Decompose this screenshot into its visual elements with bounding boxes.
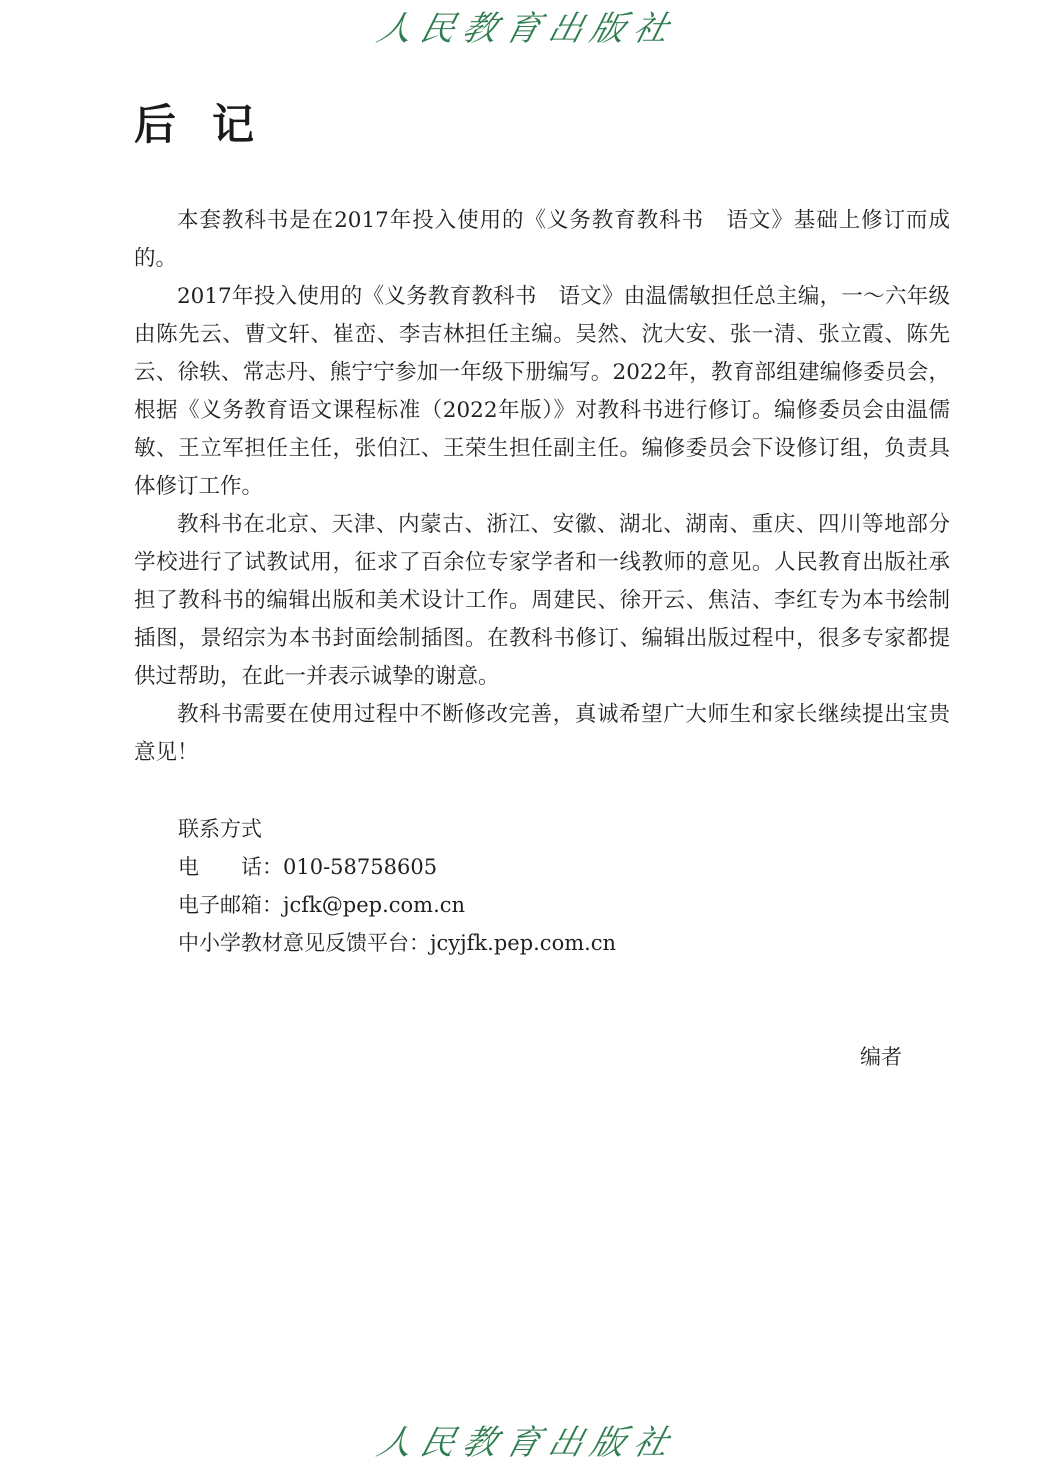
logo-char: 出 [544, 12, 586, 46]
logo-char: 教 [459, 12, 501, 46]
contact-phone: 电 话：010-58758605 [178, 848, 616, 886]
paragraph: 教科书在北京、天津、内蒙古、浙江、安徽、湖北、湖南、重庆、四川等地部分学校进行了… [134, 506, 950, 696]
logo-char: 教 [459, 1426, 501, 1460]
logo-char: 版 [587, 1426, 629, 1460]
publisher-logo-header: 人 民 教 育 出 版 社 [378, 4, 668, 54]
logo-char: 社 [630, 12, 672, 46]
logo-char: 版 [587, 12, 629, 46]
contact-email: 电子邮箱：jcfk@pep.com.cn [178, 886, 616, 924]
contact-heading: 联系方式 [178, 810, 616, 848]
logo-char: 育 [502, 1426, 544, 1460]
paragraph: 本套教科书是在2017年投入使用的《义务教育教科书 语文》基础上修订而成的。 [134, 202, 950, 278]
logo-char: 民 [416, 1426, 458, 1460]
logo-char: 社 [630, 1426, 672, 1460]
page-title: 后记 [134, 104, 290, 146]
logo-char: 出 [544, 1426, 586, 1460]
contact-feedback-platform: 中小学教材意见反馈平台：jcyjfk.pep.com.cn [178, 924, 616, 962]
logo-char: 民 [416, 12, 458, 46]
signature: 编者 [860, 1040, 902, 1074]
logo-char: 人 [374, 1426, 416, 1460]
publisher-logo-footer: 人 民 教 育 出 版 社 [378, 1418, 668, 1468]
contact-section: 联系方式 电 话：010-58758605 电子邮箱：jcfk@pep.com.… [178, 810, 616, 962]
afterword-body: 本套教科书是在2017年投入使用的《义务教育教科书 语文》基础上修订而成的。 2… [134, 202, 950, 772]
logo-char: 人 [374, 12, 416, 46]
paragraph: 教科书需要在使用过程中不断修改完善，真诚希望广大师生和家长继续提出宝贵意见！ [134, 696, 950, 772]
paragraph: 2017年投入使用的《义务教育教科书 语文》由温儒敏担任总主编，一～六年级由陈先… [134, 278, 950, 506]
logo-char: 育 [502, 12, 544, 46]
